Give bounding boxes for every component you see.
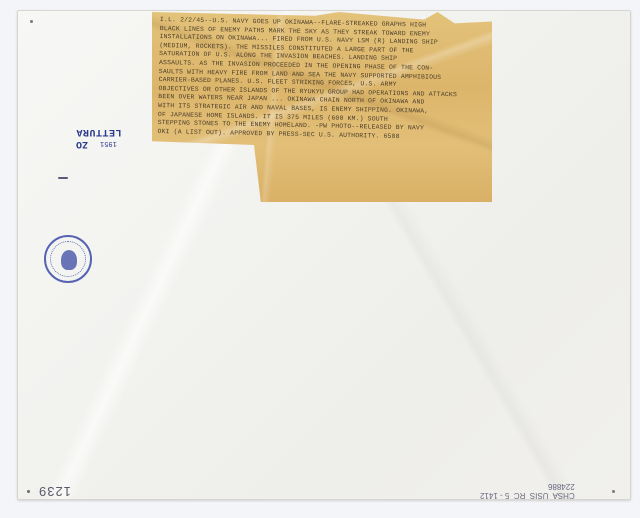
pencil-note-line: 224886	[480, 482, 575, 491]
pencil-note-line: CHSA USIS RC 5 - 1412	[480, 491, 575, 500]
stamp-word: LETTURA	[76, 126, 122, 137]
pencil-archive-note: CHSA USIS RC 5 - 1412224886	[480, 482, 575, 500]
corner-mark	[30, 20, 33, 23]
stamp-emblem-icon	[61, 250, 77, 270]
stamp-year: 1951	[100, 139, 117, 147]
scan-canvas: I.L. 2/2/45--U.S. NAVY GOES UP OKINAWA--…	[0, 0, 640, 518]
pencil-dash-mark	[58, 177, 68, 179]
lettura-date-stamp: 1951 ZO LETTURA	[76, 126, 122, 149]
caption-text: I.L. 2/2/45--U.S. NAVY GOES UP OKINAWA--…	[157, 16, 481, 143]
pencil-dot	[612, 490, 615, 493]
stamp-month: ZO	[76, 138, 88, 149]
pencil-dot	[27, 490, 30, 493]
pencil-catalog-number: 1239	[38, 484, 71, 499]
circular-ink-stamp	[44, 235, 92, 283]
